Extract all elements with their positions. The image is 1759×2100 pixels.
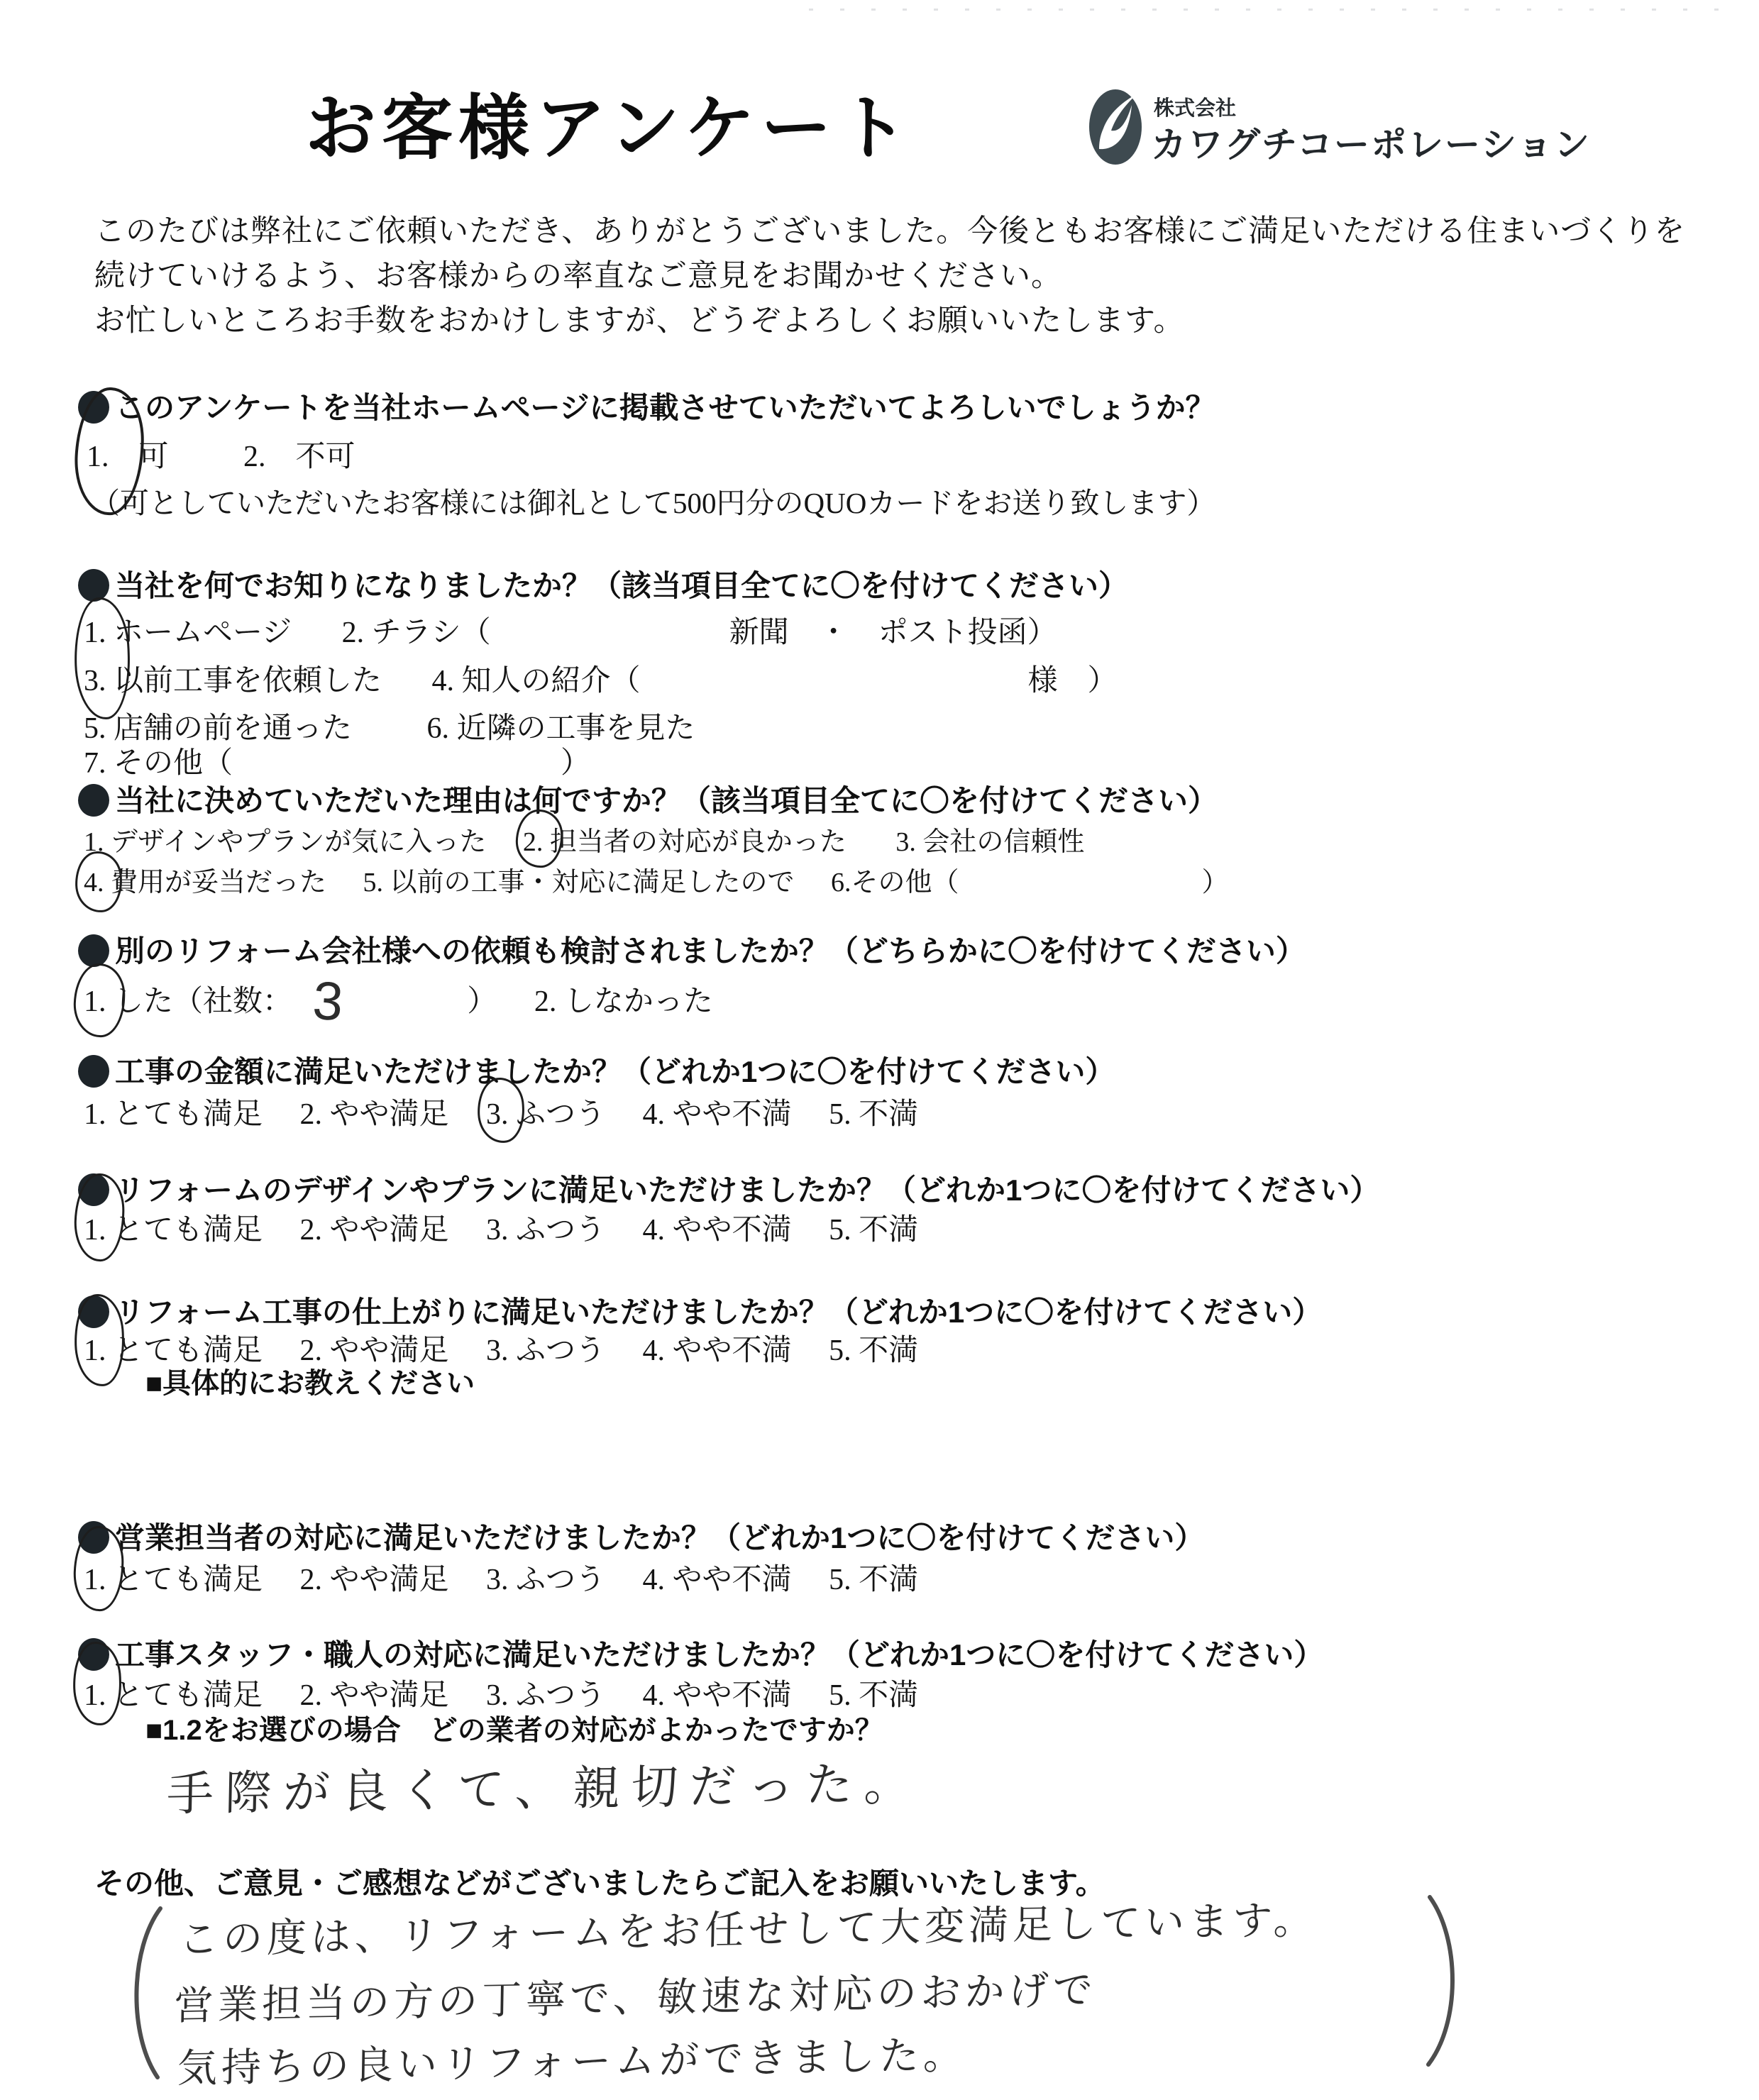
- handwritten-company-count: 3: [311, 970, 345, 1034]
- q4-option-1-close-paren: ）: [467, 978, 497, 1020]
- intro-line-3: お忙しいところお手数をおかけしますが、どうぞよろしくお願いいたします。: [94, 297, 1185, 340]
- q2-options-row-2: 3. 以前工事を依頼した 4. 知人の紹介（ 様 ）: [84, 657, 1118, 700]
- q6-option-2: 2. やや満足: [300, 1206, 449, 1249]
- q2-options-row-1: 1. ホームページ 2. チラシ（ 新聞 ・ ポスト投函）: [84, 609, 1057, 651]
- bullet-icon: [78, 934, 109, 967]
- bullet-icon: [78, 784, 109, 817]
- company-logo: [1088, 88, 1143, 170]
- q7-sub-prompt: ■具体的にお教えください: [145, 1361, 475, 1401]
- handwritten-comment-line-2: 営業担当の方の丁寧で、敏速な対応のおかげで: [173, 1959, 1097, 2032]
- q3-option-6: 6.その他（ ）: [831, 860, 1229, 899]
- q2-option-4: 4. 知人の紹介（ 様 ）: [432, 657, 1118, 700]
- q9-sub-prompt: ■1.2をお選びの場合 どの業者の対応がよかったですか？: [145, 1708, 883, 1748]
- q4-option-2: 2. しなかった: [534, 978, 713, 1020]
- scan-noise-artifact: [809, 9, 1738, 11]
- q5-option-3-circled: 3. ふつう: [486, 1090, 605, 1133]
- q8-option-5: 5. 不満: [829, 1556, 918, 1598]
- q5-header: 工事の金額に満足いただけましたか？（どれか1つに〇を付けてください）: [78, 1049, 1115, 1091]
- bullet-icon: [78, 391, 109, 424]
- q1-option-1-circled: 1. 可: [87, 433, 169, 475]
- q7-header: リフォーム工事の仕上がりに満足いただけましたか？（どれか1つに〇を付けてください…: [78, 1289, 1322, 1332]
- handwritten-comment-line-3: 気持ちの良いリフォームができました。: [177, 2023, 967, 2094]
- q4-header: 別のリフォーム会社様への依頼も検討されましたか？（どちらかに〇を付けてください）: [78, 928, 1306, 971]
- q2-option-7: 7. その他（ ）: [84, 739, 590, 782]
- bullet-icon: [78, 1295, 109, 1328]
- q7-option-4: 4. やや不満: [643, 1327, 792, 1369]
- q1-title: このアンケートを当社ホームページに掲載させていただいてよろしいでしょうか？: [115, 391, 1215, 424]
- q3-option-3: 3. 会社の信頼性: [895, 819, 1084, 858]
- q7-option-5: 5. 不満: [829, 1327, 918, 1369]
- q8-option-1-circled: 1. とても満足: [84, 1556, 263, 1598]
- q1-option-2: 2. 不可: [243, 433, 355, 475]
- bullet-icon: [78, 1055, 109, 1088]
- q3-option-5: 5. 以前の工事・対応に満足したので: [363, 860, 795, 899]
- q2-option-2: 2. チラシ（ 新聞 ・ ポスト投函）: [342, 609, 1057, 651]
- q3-option-2-circled: 2. 担当者の対応が良かった: [523, 819, 847, 858]
- q1-note: （可としていただいたお客様には御礼として500円分のQUOカードをお送り致します…: [91, 480, 1215, 521]
- q6-options-row: 1. とても満足 2. やや満足 3. ふつう 4. やや不満 5. 不満: [84, 1206, 918, 1249]
- q6-option-4: 4. やや不満: [643, 1206, 792, 1249]
- q2-title: 当社を何でお知りになりましたか？（該当項目全てに〇を付けてください）: [115, 569, 1128, 602]
- q3-option-4-circled: 4. 費用が妥当だった: [84, 860, 326, 899]
- q6-option-3: 3. ふつう: [486, 1206, 605, 1249]
- q6-title: リフォームのデザインやプランに満足いただけましたか？（どれか1つに〇を付けてくだ…: [115, 1173, 1379, 1207]
- q8-header: 営業担当者の対応に満足いただけましたか？（どれか1つに〇を付けてください）: [78, 1515, 1204, 1557]
- q5-options-row: 1. とても満足 2. やや満足 3. ふつう 4. やや不満 5. 不満: [84, 1090, 918, 1133]
- q5-option-5: 5. 不満: [829, 1090, 918, 1133]
- q2-option-3: 3. 以前工事を依頼した: [84, 657, 382, 700]
- q6-option-5: 5. 不満: [829, 1206, 918, 1249]
- q8-option-4: 4. やや不満: [643, 1556, 792, 1598]
- page-title: お客様アンケート: [305, 71, 914, 173]
- q6-header: リフォームのデザインやプランに満足いただけましたか？（どれか1つに〇を付けてくだ…: [78, 1167, 1379, 1210]
- q4-title: 別のリフォーム会社様への依頼も検討されましたか？（どちらかに〇を付けてください）: [115, 934, 1306, 968]
- company-name: カワグチコーポレーション: [1151, 116, 1591, 167]
- q8-title: 営業担当者の対応に満足いただけましたか？（どれか1つに〇を付けてください）: [115, 1521, 1204, 1554]
- q4-option-1-circled: 1. した（社数：: [84, 978, 292, 1020]
- q5-option-4: 4. やや不満: [643, 1090, 792, 1133]
- q8-option-3: 3. ふつう: [486, 1556, 605, 1598]
- q2-header: 当社を何でお知りになりましたか？（該当項目全てに〇を付けてください）: [78, 563, 1128, 605]
- q6-option-1-circled: 1. とても満足: [84, 1206, 263, 1249]
- handwritten-bracket-left: [119, 1904, 169, 2082]
- q7-option-3: 3. ふつう: [486, 1327, 605, 1369]
- logo-mark-icon: [1088, 88, 1143, 166]
- handwritten-bracket-right: [1423, 1893, 1472, 2070]
- q2-option-1-circled: 1. ホームページ: [84, 609, 292, 651]
- bullet-icon: [78, 1521, 109, 1554]
- q5-option-1: 1. とても満足: [84, 1090, 263, 1133]
- q3-header: 当社に決めていただいた理由は何ですか？（該当項目全てに〇を付けてください）: [78, 778, 1218, 820]
- bullet-icon: [78, 569, 109, 602]
- q8-option-2: 2. やや満足: [300, 1556, 449, 1598]
- q4-options-row: 1. した（社数： 3 ） 2. しなかった: [84, 971, 713, 1032]
- q3-options-row-1: 1. デザインやプランが気に入った 2. 担当者の対応が良かった 3. 会社の信…: [84, 819, 1084, 858]
- bullet-icon: [78, 1638, 109, 1671]
- q1-options-row: 1. 可 2. 不可: [87, 433, 355, 475]
- q5-option-2: 2. やや満足: [300, 1090, 449, 1133]
- q3-option-1: 1. デザインやプランが気に入った: [84, 819, 486, 858]
- q8-options-row: 1. とても満足 2. やや満足 3. ふつう 4. やや不満 5. 不満: [84, 1556, 918, 1598]
- survey-scan-page: お客様アンケート 株式会社 カワグチコーポレーション このたびは弊社にご依頼いた…: [0, 0, 1759, 2100]
- q2-options-row-4: 7. その他（ ）: [84, 739, 590, 782]
- q7-title: リフォーム工事の仕上がりに満足いただけましたか？（どれか1つに〇を付けてください…: [115, 1295, 1322, 1329]
- bullet-icon: [78, 1173, 109, 1206]
- q9-title: 工事スタッフ・職人の対応に満足いただけましたか？（どれか1つに〇を付けてください…: [115, 1638, 1323, 1671]
- q5-title: 工事の金額に満足いただけましたか？（どれか1つに〇を付けてください）: [115, 1055, 1115, 1088]
- intro-line-2: 続けていけるよう、お客様からの率直なご意見をお聞かせください。: [94, 252, 1062, 295]
- q1-header: このアンケートを当社ホームページに掲載させていただいてよろしいでしょうか？: [78, 385, 1215, 427]
- handwritten-staff-answer: 手際が良くて、親切だった。: [166, 1746, 923, 1824]
- intro-line-1: このたびは弊社にご依頼いただき、ありがとうございました。今後ともお客様にご満足い…: [94, 207, 1685, 250]
- q9-header: 工事スタッフ・職人の対応に満足いただけましたか？（どれか1つに〇を付けてください…: [78, 1632, 1323, 1674]
- q3-title: 当社に決めていただいた理由は何ですか？（該当項目全てに〇を付けてください）: [115, 784, 1218, 817]
- q3-options-row-2: 4. 費用が妥当だった 5. 以前の工事・対応に満足したので 6.その他（ ）: [84, 860, 1229, 899]
